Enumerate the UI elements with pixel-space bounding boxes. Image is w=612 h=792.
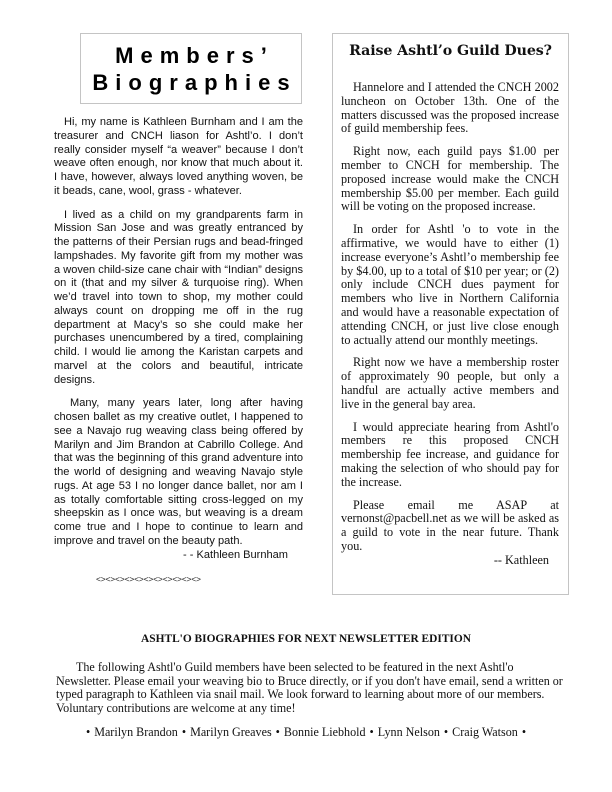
bio-paragraph-3: Many, many years later, long after havin… (54, 397, 303, 548)
bullet-icon: • (518, 725, 530, 739)
bullet-icon: • (366, 725, 378, 739)
bullet-icon: • (440, 725, 452, 739)
title-line-2: Biographies (85, 69, 296, 96)
dues-signature: -- Kathleen (341, 554, 549, 568)
guild-dues-article-box: Raise Ashtl’o Guild Dues? Hannelore and … (332, 33, 569, 595)
guild-dues-body: Hannelore and I attended the CNCH 2002 l… (341, 81, 559, 568)
bullet-icon: • (178, 725, 190, 739)
member-name: Craig Watson (452, 725, 518, 739)
title-line-1: Members’ (108, 42, 274, 69)
next-edition-paragraph-block: The following Ashtl'o Guild members have… (56, 661, 566, 715)
bullet-icon: • (272, 725, 284, 739)
dues-paragraph-1: Hannelore and I attended the CNCH 2002 l… (341, 81, 559, 136)
bio-paragraph-1: Hi, my name is Kathleen Burnham and I am… (54, 116, 303, 199)
guild-dues-title: Raise Ashtl’o Guild Dues? (333, 43, 568, 59)
next-edition-paragraph: The following Ashtl'o Guild members have… (56, 661, 566, 715)
member-name: Lynn Nelson (378, 725, 440, 739)
dues-paragraph-3: In order for Ashtl 'o to vote in the aff… (341, 223, 559, 347)
bio-signature: - - Kathleen Burnham (54, 549, 288, 563)
dues-paragraph-4: Right now we have a membership roster of… (341, 356, 559, 411)
member-name: Bonnie Liebhold (284, 725, 366, 739)
bio-paragraph-2: I lived as a child on my grandparents fa… (54, 209, 303, 388)
member-name: Marilyn Greaves (190, 725, 272, 739)
dues-paragraph-2: Right now, each guild pays $1.00 per mem… (341, 145, 559, 214)
dues-paragraph-5: I would appreciate hearing from Ashtl'o … (341, 421, 559, 490)
bullet-icon: • (82, 725, 94, 739)
diamond-divider: <><><><><><><><><><><> (96, 574, 201, 584)
next-edition-heading: ASHTL'O BIOGRAPHIES FOR NEXT NEWSLETTER … (0, 633, 612, 645)
member-name: Marilyn Brandon (94, 725, 178, 739)
featured-members-list: •Marilyn Brandon•Marilyn Greaves•Bonnie … (0, 725, 612, 740)
dues-paragraph-6: Please email me ASAP at vernonst@pacbell… (341, 499, 559, 554)
biography-article: Hi, my name is Kathleen Burnham and I am… (54, 116, 303, 562)
members-biographies-title-box: Members’ Biographies (80, 33, 302, 104)
